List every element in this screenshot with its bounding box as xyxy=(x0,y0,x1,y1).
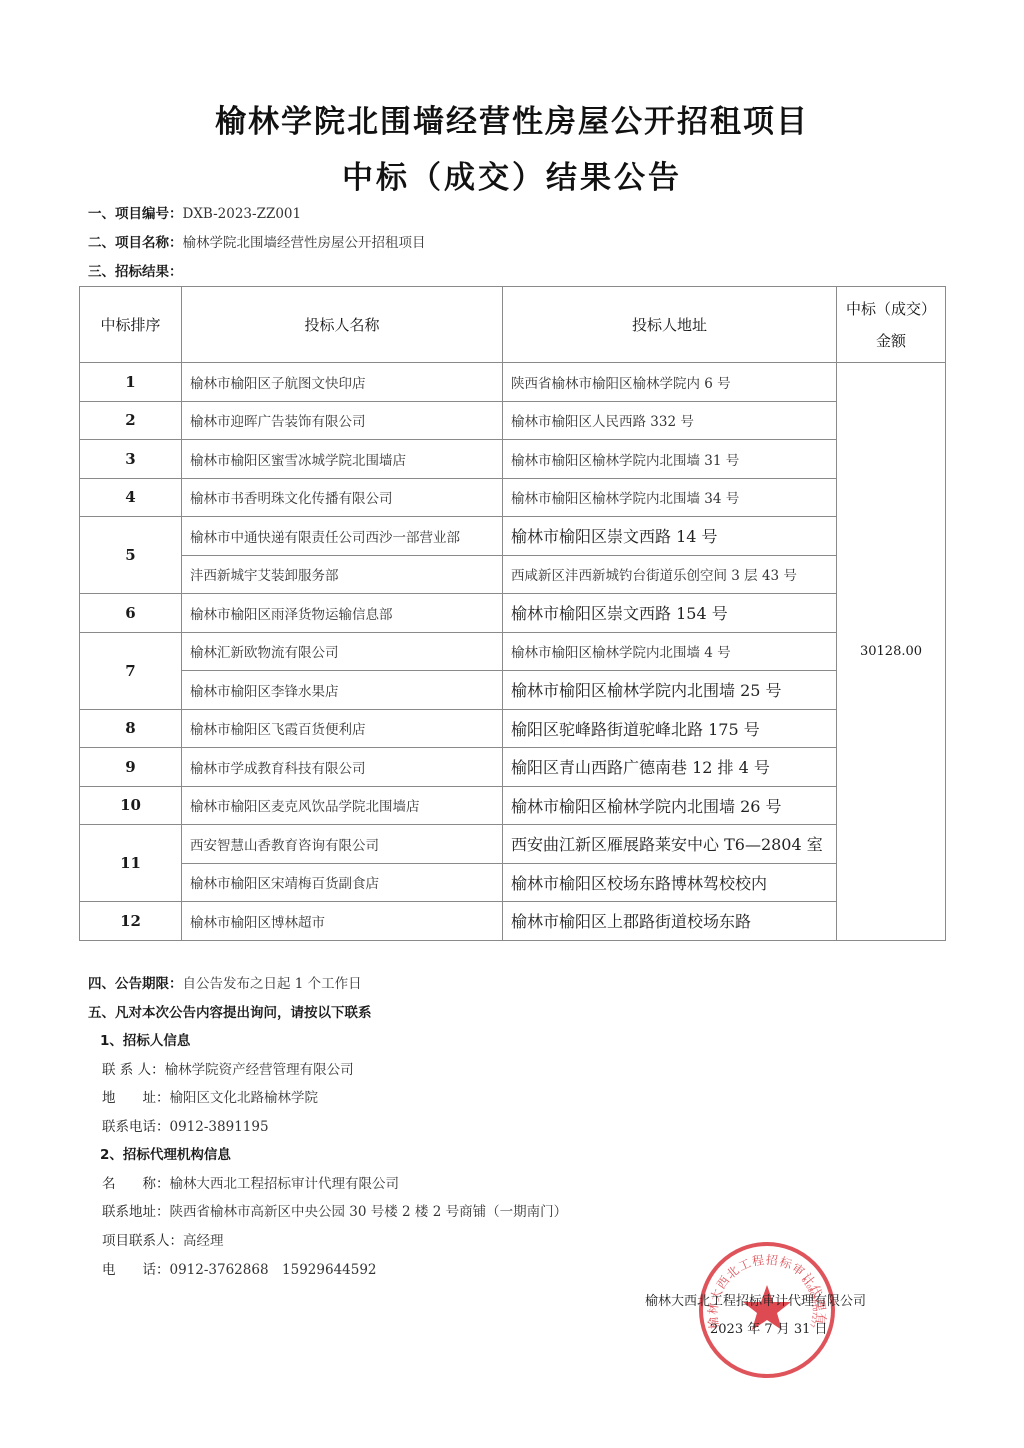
tenderer-contact-line: 联 系 人：榆林学院资产经营管理有限公司 xyxy=(102,1061,354,1079)
results-heading: 三、招标结果： xyxy=(88,263,183,281)
bidder-address-cell: 榆林市榆阳区人民西路 332 号 xyxy=(503,401,837,440)
bidder-address-cell: 陕西省榆林市榆阳区榆林学院内 6 号 xyxy=(503,363,837,402)
tenderer-heading: 1、招标人信息 xyxy=(100,1032,190,1050)
contact-heading: 五、凡对本次公告内容提出询问，请按以下联系 xyxy=(88,1004,372,1022)
table-row: 4 榆林市书香明珠文化传播有限公司 榆林市榆阳区榆林学院内北围墙 34 号 xyxy=(80,478,946,517)
signature-organization: 榆林大西北工程招标审计代理有限公司 xyxy=(645,1290,866,1309)
agency-phone-line: 电 话：0912-3762868 15929644592 xyxy=(102,1261,377,1279)
bidder-address-cell: 榆林市榆阳区校场东路博林驾校校内 xyxy=(503,863,837,902)
project-number-line: 一、项目编号：DXB-2023-ZZ001 xyxy=(88,205,301,223)
bidder-name-cell: 榆林市迎晖广告装饰有限公司 xyxy=(182,401,503,440)
rank-cell: 12 xyxy=(80,902,182,941)
table-row: 6 榆林市榆阳区雨泽货物运输信息部 榆林市榆阳区崇文西路 154 号 xyxy=(80,594,946,633)
bidder-address-cell: 榆阳区青山西路广德南巷 12 排 4 号 xyxy=(503,748,837,787)
bidder-name-cell: 榆林市书香明珠文化传播有限公司 xyxy=(182,478,503,517)
agency-address-line: 联系地址：陕西省榆林市高新区中央公园 30 号楼 2 楼 2 号商铺（一期南门） xyxy=(102,1203,567,1221)
table-row: 2 榆林市迎晖广告装饰有限公司 榆林市榆阳区人民西路 332 号 xyxy=(80,401,946,440)
bidder-name-cell: 榆林市榆阳区李锋水果店 xyxy=(182,671,503,710)
rank-cell: 2 xyxy=(80,401,182,440)
bidder-address-cell: 榆林市榆阳区崇文西路 14 号 xyxy=(503,517,837,556)
table-row: 5 榆林市中通快递有限责任公司西沙一部营业部 榆林市榆阳区崇文西路 14 号 xyxy=(80,517,946,556)
bidder-address-cell: 西咸新区沣西新城钓台街道乐创空间 3 层 43 号 xyxy=(503,555,837,594)
bidder-name-cell: 西安智慧山香教育咨询有限公司 xyxy=(182,825,503,864)
bidder-name-cell: 榆林市中通快递有限责任公司西沙一部营业部 xyxy=(182,517,503,556)
agency-name-value: 榆林大西北工程招标审计代理有限公司 xyxy=(170,1176,400,1192)
bidder-name-cell: 榆林汇新欧物流有限公司 xyxy=(182,632,503,671)
agency-heading: 2、招标代理机构信息 xyxy=(100,1146,231,1164)
table-row: 12 榆林市榆阳区博林超市 榆林市榆阳区上郡路街道校场东路 xyxy=(80,902,946,941)
tenderer-address-line: 地 址：榆阳区文化北路榆林学院 xyxy=(102,1089,318,1107)
bidder-address-cell: 榆林市榆阳区上郡路街道校场东路 xyxy=(503,902,837,941)
rank-cell: 9 xyxy=(80,748,182,787)
rank-cell: 4 xyxy=(80,478,182,517)
rank-cell: 10 xyxy=(80,786,182,825)
bidder-name-cell: 榆林市榆阳区蜜雪冰城学院北围墙店 xyxy=(182,440,503,479)
bidder-address-cell: 榆林市榆阳区榆林学院内北围墙 25 号 xyxy=(503,671,837,710)
agency-contact-line: 项目联系人：高经理 xyxy=(102,1232,224,1250)
rank-cell: 7 xyxy=(80,632,182,709)
tenderer-address-value: 榆阳区文化北路榆林学院 xyxy=(170,1090,319,1106)
header-amount: 中标（成交） 金额 xyxy=(837,287,946,363)
rank-cell: 8 xyxy=(80,709,182,748)
agency-address-value: 陕西省榆林市高新区中央公园 30 号楼 2 楼 2 号商铺（一期南门） xyxy=(170,1204,568,1220)
table-row: 7 榆林汇新欧物流有限公司 榆林市榆阳区榆林学院内北围墙 4 号 xyxy=(80,632,946,671)
agency-contact-value: 高经理 xyxy=(183,1233,224,1249)
document-title: 榆林学院北围墙经营性房屋公开招租项目 xyxy=(0,96,1024,141)
bidder-name-cell: 榆林市榆阳区博林超市 xyxy=(182,902,503,941)
tenderer-contact-value: 榆林学院资产经营管理有限公司 xyxy=(165,1062,354,1078)
header-bidder-address: 投标人地址 xyxy=(503,287,837,363)
bidder-address-cell: 榆林市榆阳区榆林学院内北围墙 4 号 xyxy=(503,632,837,671)
rank-cell: 5 xyxy=(80,517,182,594)
agency-phone-value: 0912-3762868 15929644592 xyxy=(170,1262,377,1278)
bidder-address-cell: 榆林市榆阳区榆林学院内北围墙 26 号 xyxy=(503,786,837,825)
amount-cell: 30128.00 xyxy=(837,363,946,941)
tenderer-phone-line: 联系电话：0912-3891195 xyxy=(102,1118,269,1136)
project-name-line: 二、项目名称：榆林学院北围墙经营性房屋公开招租项目 xyxy=(88,234,426,252)
bidder-name-cell: 榆林市榆阳区雨泽货物运输信息部 xyxy=(182,594,503,633)
bidder-name-cell: 榆林市学成教育科技有限公司 xyxy=(182,748,503,787)
rank-cell: 11 xyxy=(80,825,182,902)
table-row: 榆林市榆阳区李锋水果店 榆林市榆阳区榆林学院内北围墙 25 号 xyxy=(80,671,946,710)
header-bidder-name: 投标人名称 xyxy=(182,287,503,363)
rank-cell: 6 xyxy=(80,594,182,633)
notice-period-value: 自公告发布之日起 1 个工作日 xyxy=(183,976,362,992)
table-header-row: 中标排序 投标人名称 投标人地址 中标（成交） 金额 xyxy=(80,287,946,363)
table-row: 11 西安智慧山香教育咨询有限公司 西安曲江新区雁展路莱安中心 T6—2804 … xyxy=(80,825,946,864)
rank-cell: 3 xyxy=(80,440,182,479)
table-row: 10 榆林市榆阳区麦克风饮品学院北围墙店 榆林市榆阳区榆林学院内北围墙 26 号 xyxy=(80,786,946,825)
project-number-value: DXB-2023-ZZ001 xyxy=(183,206,302,222)
project-name-label: 二、项目名称： xyxy=(88,235,183,251)
bidder-name-cell: 榆林市榆阳区宋靖梅百货副食店 xyxy=(182,863,503,902)
agency-name-line: 名 称：榆林大西北工程招标审计代理有限公司 xyxy=(102,1175,399,1193)
header-rank: 中标排序 xyxy=(80,287,182,363)
table-row: 榆林市榆阳区宋靖梅百货副食店 榆林市榆阳区校场东路博林驾校校内 xyxy=(80,863,946,902)
bidder-name-cell: 沣西新城宇艾装卸服务部 xyxy=(182,555,503,594)
table-row: 沣西新城宇艾装卸服务部 西咸新区沣西新城钓台街道乐创空间 3 层 43 号 xyxy=(80,555,946,594)
bidder-address-cell: 榆林市榆阳区榆林学院内北围墙 34 号 xyxy=(503,478,837,517)
rank-cell: 1 xyxy=(80,363,182,402)
table-row: 9 榆林市学成教育科技有限公司 榆阳区青山西路广德南巷 12 排 4 号 xyxy=(80,748,946,787)
project-name-value: 榆林学院北围墙经营性房屋公开招租项目 xyxy=(183,235,426,251)
bidder-address-cell: 榆林市榆阳区榆林学院内北围墙 31 号 xyxy=(503,440,837,479)
notice-period-line: 四、公告期限：自公告发布之日起 1 个工作日 xyxy=(88,975,362,993)
signature-date: 2023 年 7 月 31 日 xyxy=(710,1318,828,1337)
bidder-name-cell: 榆林市榆阳区麦克风饮品学院北围墙店 xyxy=(182,786,503,825)
bidder-address-cell: 榆阳区驼峰路街道驼峰北路 175 号 xyxy=(503,709,837,748)
table-row: 8 榆林市榆阳区飞霞百货便利店 榆阳区驼峰路街道驼峰北路 175 号 xyxy=(80,709,946,748)
tenderer-phone-value: 0912-3891195 xyxy=(170,1119,269,1135)
table-row: 1 榆林市榆阳区子航图文快印店 陕西省榆林市榆阳区榆林学院内 6 号 30128… xyxy=(80,363,946,402)
project-number-label: 一、项目编号： xyxy=(88,206,183,222)
notice-period-label: 四、公告期限： xyxy=(88,976,183,992)
bidder-address-cell: 西安曲江新区雁展路莱安中心 T6—2804 室 xyxy=(503,825,837,864)
bidder-name-cell: 榆林市榆阳区子航图文快印店 xyxy=(182,363,503,402)
bidder-address-cell: 榆林市榆阳区崇文西路 154 号 xyxy=(503,594,837,633)
table-row: 3 榆林市榆阳区蜜雪冰城学院北围墙店 榆林市榆阳区榆林学院内北围墙 31 号 xyxy=(80,440,946,479)
bidder-name-cell: 榆林市榆阳区飞霞百货便利店 xyxy=(182,709,503,748)
official-seal-icon: 榆林大西北工程招标审计代理有限公司 6108020107277 xyxy=(697,1240,837,1380)
document-subtitle: 中标（成交）结果公告 xyxy=(0,152,1024,197)
results-table: 中标排序 投标人名称 投标人地址 中标（成交） 金额 1 榆林市榆阳区子航图文快… xyxy=(79,286,946,941)
